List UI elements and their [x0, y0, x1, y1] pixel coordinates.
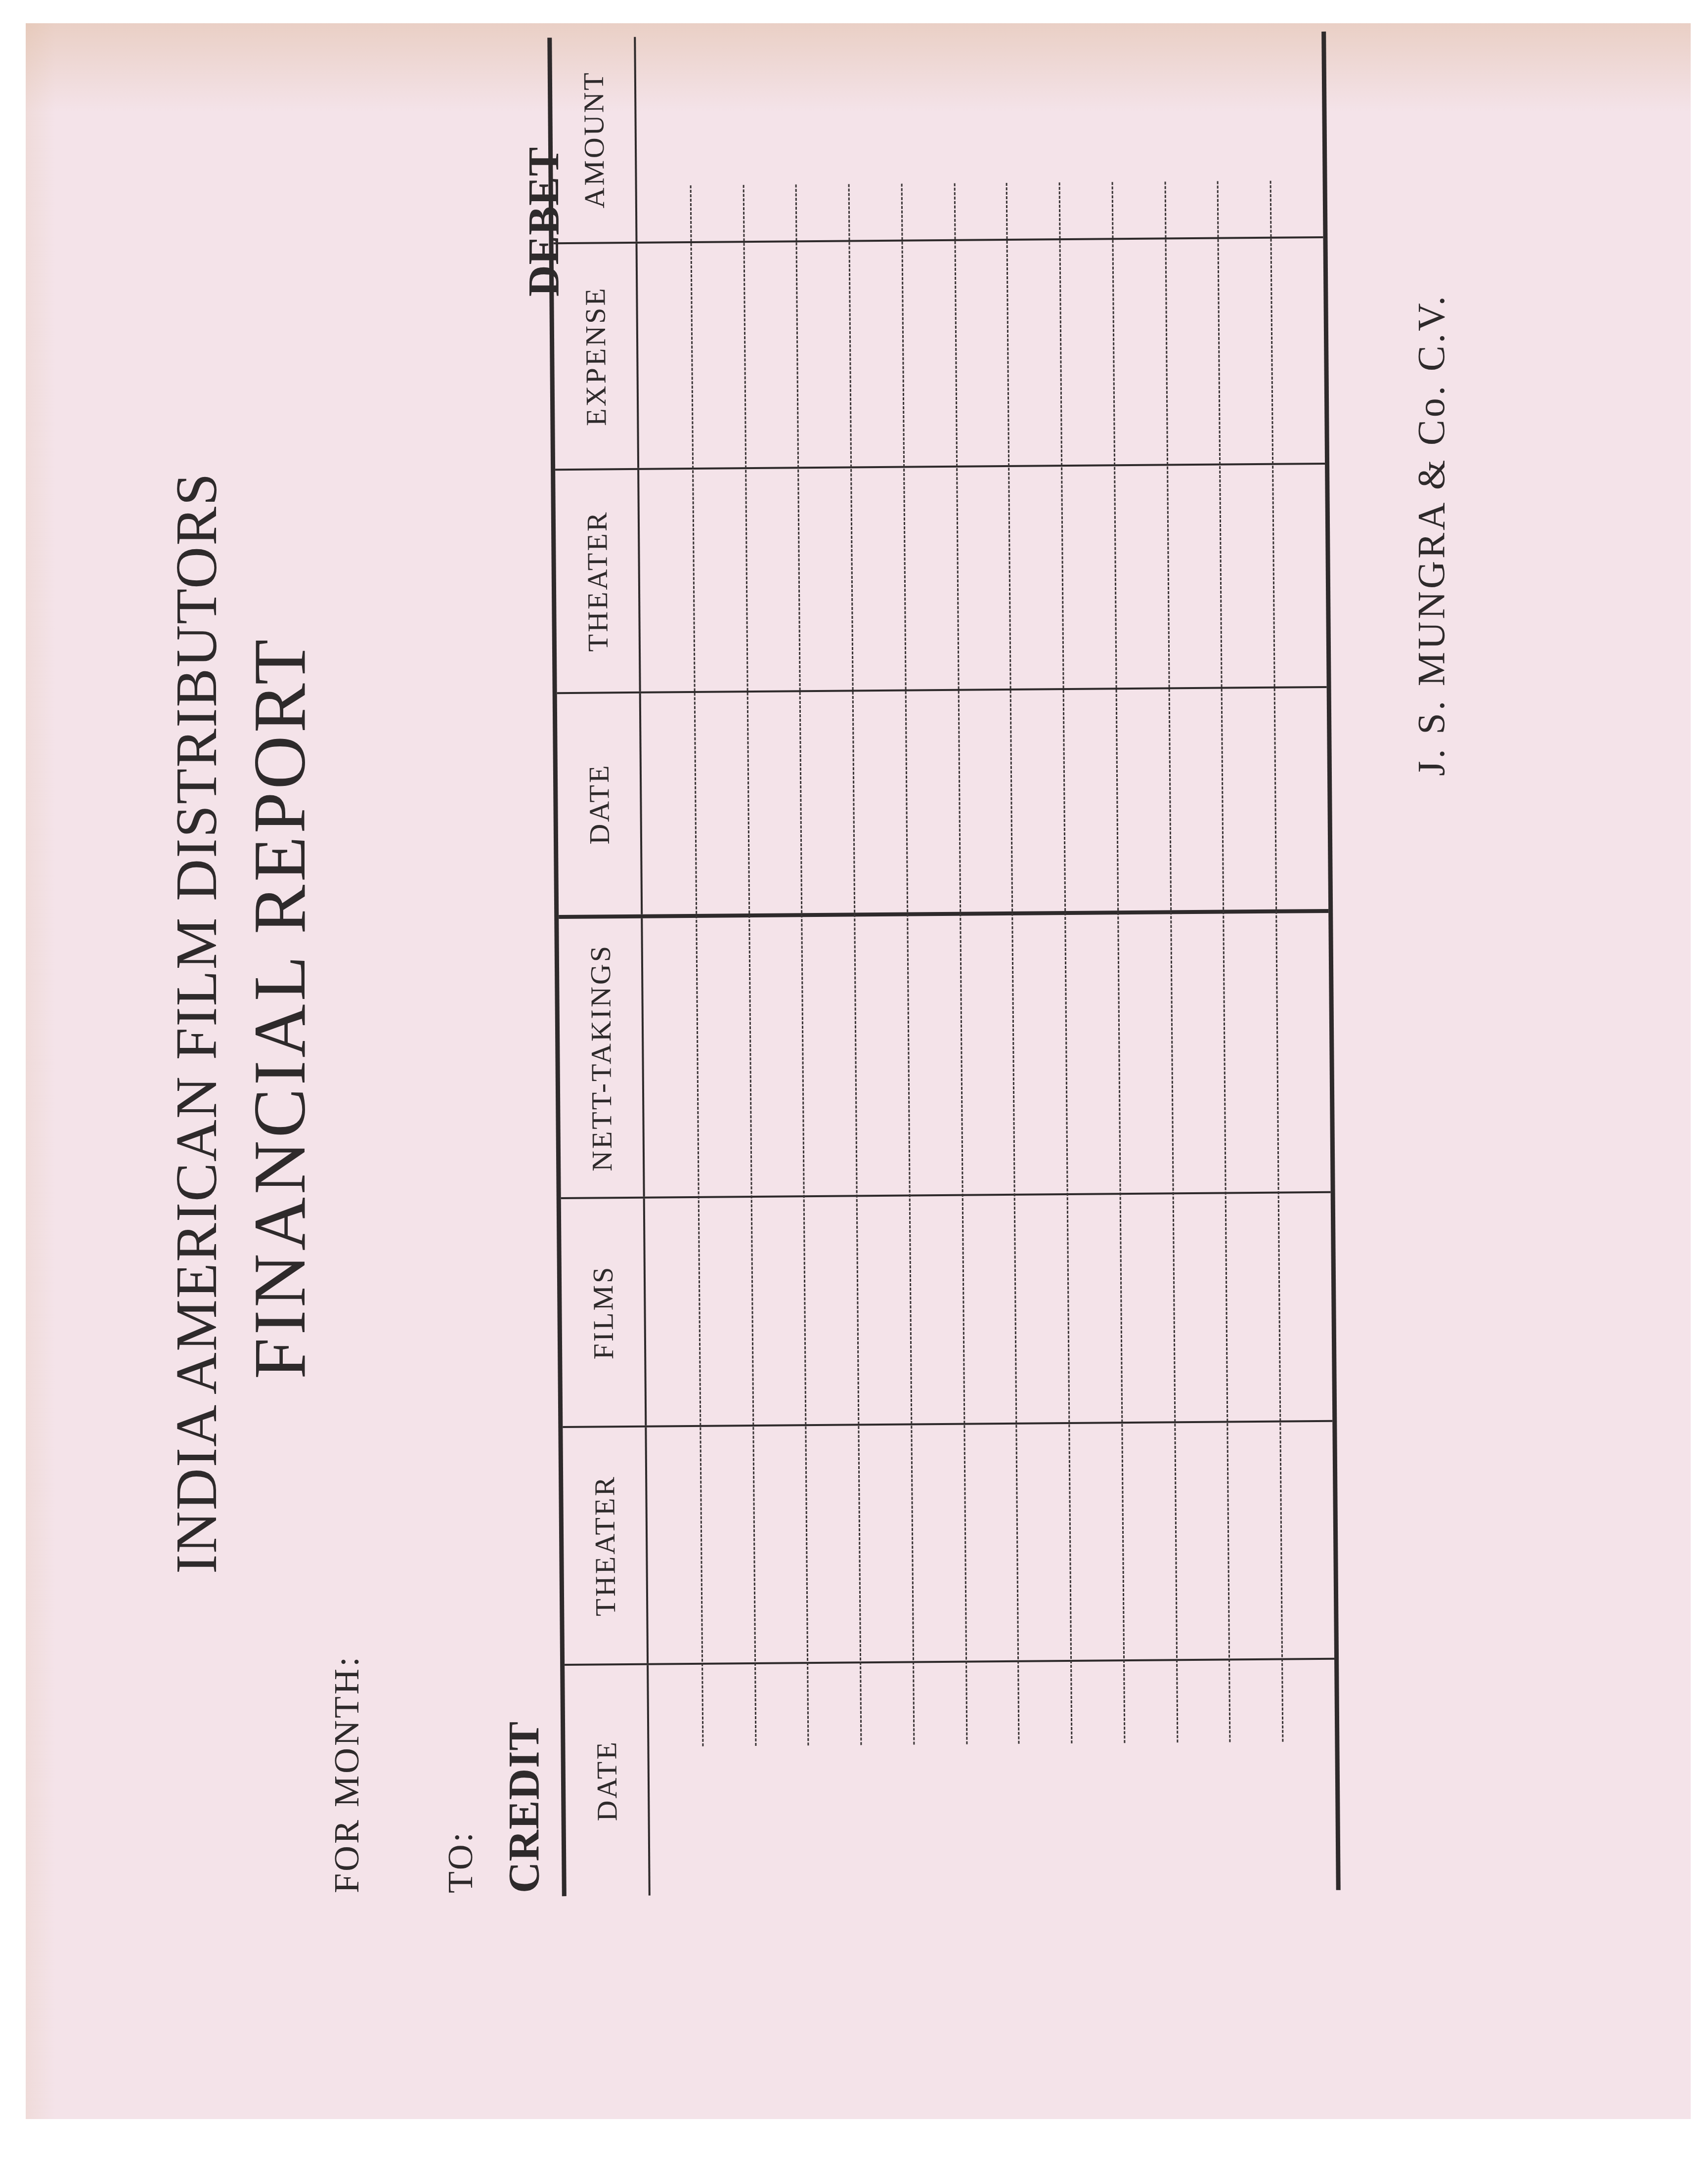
column-header: DATE [565, 1665, 651, 1896]
column-header: THEATER [563, 1427, 649, 1664]
row-divider [954, 183, 967, 1744]
row-divider [1270, 181, 1284, 1742]
for-month-field[interactable]: FOR MONTH: [326, 1655, 367, 1893]
page-title: FINANCIAL REPORT [237, 761, 322, 1379]
ledger-table: DATE THEATER FILMS NETT-TAKINGS DATE THE… [547, 32, 1340, 1896]
credit-section-label: CREDIT [499, 1721, 549, 1893]
for-month-label: FOR MONTH: [327, 1655, 366, 1893]
row-divider [1164, 181, 1178, 1742]
column-header: AMOUNT [552, 37, 637, 242]
row-divider [1059, 182, 1073, 1743]
to-field[interactable]: TO: [440, 1830, 481, 1893]
row-divider [1111, 182, 1125, 1743]
ledger-rows[interactable] [636, 32, 1336, 1896]
row-divider [690, 185, 703, 1746]
row-divider [743, 185, 756, 1746]
column-header: DATE [557, 693, 643, 915]
row-divider [848, 184, 862, 1745]
column-header: FILMS [561, 1199, 647, 1426]
to-label: TO: [440, 1830, 480, 1893]
organization-name: INDIA AMERICAN FILM DISTRIBUTORS [163, 613, 230, 1574]
rotated-form: INDIA AMERICAN FILM DISTRIBUTORS FINANCI… [0, 0, 1708, 2167]
row-divider [901, 183, 915, 1744]
column-header: EXPENSE [554, 243, 640, 469]
row-divider [1006, 183, 1020, 1744]
column-header: NETT-TAKINGS [559, 918, 645, 1198]
row-divider [1217, 181, 1231, 1742]
row-divider [795, 184, 809, 1745]
column-header: THEATER [555, 470, 641, 692]
company-footer: J. S. MUNGRA & Co. C.V. [1409, 294, 1453, 776]
